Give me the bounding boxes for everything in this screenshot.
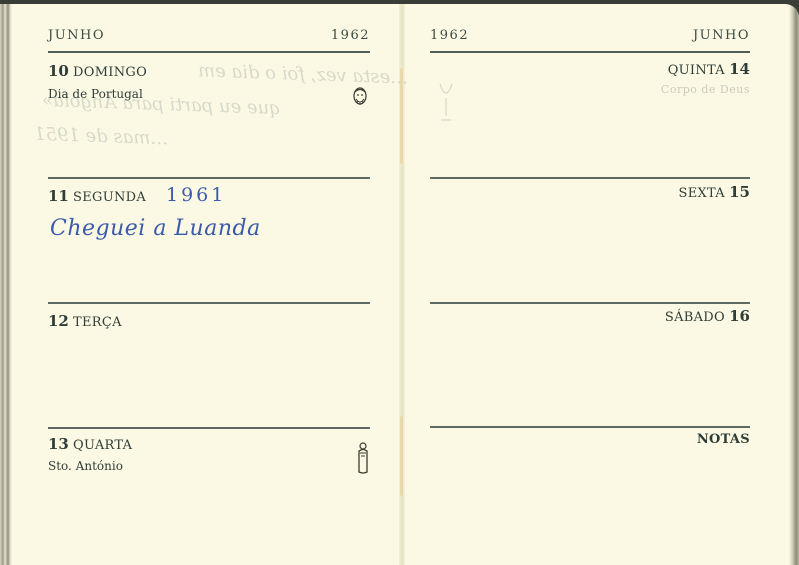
left-page: JUNHO 1962 …esta vez, foi o dia em que e… (48, 4, 370, 565)
page-edges-left (0, 4, 12, 565)
day-entry-16[interactable]: SÁBADO 16 (430, 307, 750, 329)
day-number: 11 (48, 187, 69, 205)
page-header: JUNHO 1962 (48, 28, 370, 48)
handwritten-year: 1961 (166, 184, 226, 206)
day-number: 14 (729, 60, 750, 78)
ghost-note: Corpo de Deus (661, 83, 750, 96)
saint-anthony-icon (356, 441, 370, 475)
day-name: QUINTA (668, 63, 725, 78)
day-divider (430, 302, 750, 304)
day-divider (48, 427, 370, 429)
header-year: 1962 (430, 28, 469, 43)
chalice-icon (438, 80, 454, 124)
day-name: SEGUNDA (73, 190, 146, 205)
notes-section[interactable]: NOTAS (430, 432, 750, 454)
header-rule (48, 51, 370, 53)
day-divider (430, 177, 750, 179)
day-name: TERÇA (73, 315, 122, 330)
diary-spread: JUNHO 1962 …esta vez, foi o dia em que e… (0, 4, 799, 565)
holiday-note: Dia de Portugal (48, 87, 143, 101)
header-year: 1962 (331, 28, 370, 43)
right-page: 1962 JUNHO QUINTA 14 Corpo de Deus SEXTA… (430, 4, 750, 565)
day-number: 16 (729, 307, 750, 325)
day-number: 12 (48, 312, 69, 330)
day-entry-14[interactable]: QUINTA 14 (430, 60, 750, 82)
day-divider (48, 177, 370, 179)
binding-stitch (400, 416, 403, 496)
day-divider (430, 426, 750, 428)
day-name: SÁBADO (665, 310, 725, 325)
day-name: SEXTA (678, 186, 725, 201)
page-edges-right (789, 4, 799, 565)
page-header: 1962 JUNHO (430, 28, 750, 48)
day-entry-13[interactable]: 13 QUARTA (48, 435, 370, 457)
day-entry-15[interactable]: SEXTA 15 (430, 183, 750, 205)
header-rule (430, 51, 750, 53)
handwritten-note: Cheguei a Luanda (50, 216, 261, 241)
day-number: 10 (48, 62, 69, 80)
notes-heading: NOTAS (697, 432, 750, 447)
day-name: QUARTA (73, 438, 132, 453)
day-divider (48, 302, 370, 304)
saint-day-note: Sto. António (48, 459, 123, 473)
day-entry-10[interactable]: 10 DOMINGO (48, 62, 370, 84)
camoes-portrait-icon (352, 86, 368, 108)
day-entry-12[interactable]: 12 TERÇA (48, 312, 370, 334)
day-number: 15 (729, 183, 750, 201)
day-number: 13 (48, 435, 69, 453)
day-name: DOMINGO (73, 65, 147, 80)
show-through-text: …mas de 1951 (34, 124, 169, 150)
header-month: JUNHO (48, 28, 105, 43)
header-month: JUNHO (693, 28, 750, 43)
